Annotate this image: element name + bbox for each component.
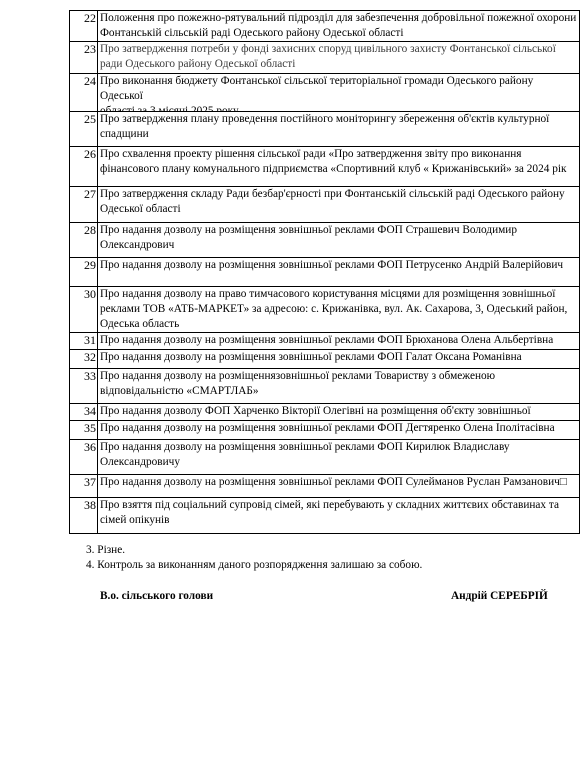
- item-text: Про взяття під соціальний супровід сімей…: [98, 498, 580, 534]
- table-row: 34 Про надання дозволу ФОП Харченко Вікт…: [70, 404, 580, 421]
- item-number: 32: [70, 350, 98, 369]
- table-row: 36 Про надання дозволу на розміщення зов…: [70, 440, 580, 475]
- item-text: Про надання дозволу ФОП Харченко Вікторі…: [98, 404, 580, 421]
- item-number: 34: [70, 404, 98, 421]
- agenda-table: 22 Положення про пожежно-рятувальний під…: [69, 10, 580, 534]
- table-row: 33 Про надання дозволу на розміщеннязовн…: [70, 369, 580, 404]
- item-text: Про виконання бюджету Фонтанської сільсь…: [98, 74, 580, 112]
- table-row: 24 Про виконання бюджету Фонтанської сіл…: [70, 74, 580, 112]
- item-text: Про надання дозволу на розміщеннязовнішн…: [98, 369, 580, 404]
- item-text: Про затвердження потреби у фонді захисни…: [98, 42, 580, 74]
- item-text: Про затвердження складу Ради безбар'єрно…: [98, 187, 580, 223]
- item-text: Про надання дозволу на розміщення зовніш…: [98, 258, 580, 287]
- list-item-misc: 3. Різне.: [86, 543, 422, 558]
- item-text: Про надання дозволу на розміщення зовніш…: [98, 223, 580, 258]
- table-row: 29 Про надання дозволу на розміщення зов…: [70, 258, 580, 287]
- item-number: 33: [70, 369, 98, 404]
- table-row: 26 Про схвалення проекту рішення сільськ…: [70, 147, 580, 187]
- item-text: Про надання дозволу на право тимчасового…: [98, 287, 580, 333]
- item-text: Про надання дозволу на розміщення зовніш…: [98, 350, 580, 369]
- signatory-position: В.о. сільського голови: [100, 590, 213, 602]
- item-text: Про затвердження плану проведення постій…: [98, 112, 580, 147]
- item-text: Про надання дозволу на розміщення зовніш…: [98, 421, 580, 440]
- item-number: 30: [70, 287, 98, 333]
- item-number: 27: [70, 187, 98, 223]
- item-number: 31: [70, 333, 98, 350]
- table-row: 25 Про затвердження плану проведення пос…: [70, 112, 580, 147]
- table-row: 37 Про надання дозволу на розміщення зов…: [70, 475, 580, 498]
- item-number: 38: [70, 498, 98, 534]
- table-row: 27 Про затвердження складу Ради безбар'є…: [70, 187, 580, 223]
- table-row: 31 Про надання дозволу на розміщення зов…: [70, 333, 580, 350]
- table-row: 22 Положення про пожежно-рятувальний під…: [70, 11, 580, 42]
- table-row: 32 Про надання дозволу на розміщення зов…: [70, 350, 580, 369]
- item-text: Про схвалення проекту рішення сільської …: [98, 147, 580, 187]
- item-number: 26: [70, 147, 98, 187]
- item-text: Про надання дозволу на розміщення зовніш…: [98, 475, 580, 498]
- item-text: Положення про пожежно-рятувальний підроз…: [98, 11, 580, 42]
- table-row: 35 Про надання дозволу на розміщення зов…: [70, 421, 580, 440]
- item-number: 29: [70, 258, 98, 287]
- table-row: 28 Про надання дозволу на розміщення зов…: [70, 223, 580, 258]
- signatory-name: Андрій СЕРЕБРІЙ: [451, 590, 548, 602]
- resolution-list: 3. Різне. 4. Контроль за виконанням дано…: [86, 543, 422, 573]
- item-number: 22: [70, 11, 98, 42]
- item-text: Про надання дозволу на розміщення зовніш…: [98, 440, 580, 475]
- table-row: 38 Про взяття під соціальний супровід сі…: [70, 498, 580, 534]
- item-number: 37: [70, 475, 98, 498]
- list-item-control: 4. Контроль за виконанням даного розпоря…: [86, 558, 422, 573]
- item-text-line2: області за 3 місяці 2025 року: [100, 105, 239, 111]
- item-number: 25: [70, 112, 98, 147]
- item-number: 28: [70, 223, 98, 258]
- item-text-line1: Про виконання бюджету Фонтанської сільсь…: [100, 75, 533, 102]
- item-number: 36: [70, 440, 98, 475]
- item-text-clip: Про схвалення проекту рішення сільської …: [100, 147, 577, 186]
- item-text: Про надання дозволу на розміщення зовніш…: [98, 333, 580, 350]
- item-number: 24: [70, 74, 98, 112]
- table-row: 23 Про затвердження потреби у фонді захи…: [70, 42, 580, 74]
- table-row: 30 Про надання дозволу на право тимчасов…: [70, 287, 580, 333]
- item-number: 23: [70, 42, 98, 74]
- item-number: 35: [70, 421, 98, 440]
